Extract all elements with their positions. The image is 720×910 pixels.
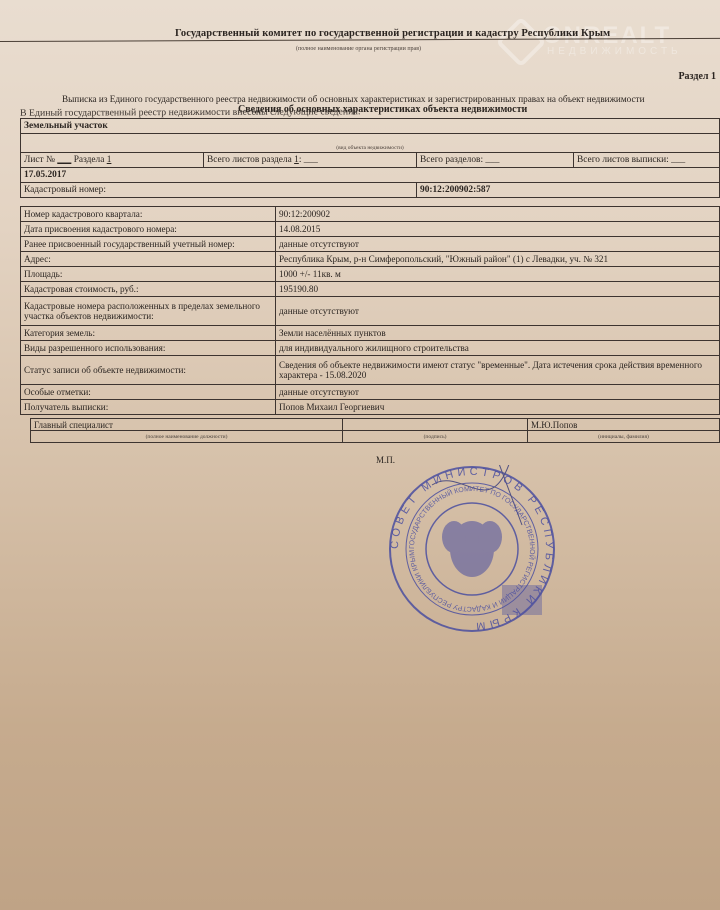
property-label: Номер кадастрового квартала: — [21, 207, 276, 222]
property-label: Получатель выписки: — [21, 400, 276, 415]
property-value: Республика Крым, р-н Симферопольский, "Ю… — [276, 252, 720, 267]
property-row: Номер кадастрового квартала:90:12:200902 — [21, 207, 720, 222]
signature-field — [343, 419, 528, 431]
signer-name: М.Ю.Попов — [528, 419, 720, 431]
property-row: Площадь:1000 +/- 11кв. м — [21, 267, 720, 282]
cadastral-number-label: Кадастровый номер: — [21, 183, 417, 198]
watermark-logo-icon — [496, 17, 547, 68]
property-value: данные отсутствуют — [276, 297, 720, 326]
property-value: 1000 +/- 11кв. м — [276, 267, 720, 282]
property-value: Попов Михаил Георгиевич — [276, 400, 720, 415]
property-row: Статус записи об объекте недвижимости:Св… — [21, 356, 720, 385]
extract-title: Выписка из Единого государственного реес… — [62, 94, 645, 104]
intro-text: В Единый государственный реестр недвижим… — [20, 106, 361, 118]
signature-table: Главный специалист М.Ю.Попов (полное наи… — [30, 418, 720, 443]
property-label: Категория земель: — [21, 326, 276, 341]
property-row: Получатель выписки:Попов Михаил Георгиев… — [21, 400, 720, 415]
property-row: Особые отметки:данные отсутствуют — [21, 385, 720, 400]
extract-date: 17.05.2017 — [21, 168, 720, 183]
property-row: Категория земель:Земли населённых пункто… — [21, 326, 720, 341]
property-value: 14.08.2015 — [276, 222, 720, 237]
signer-position: Главный специалист — [31, 419, 343, 431]
watermark-subtitle: НЕДВИЖИМОСТЬ — [547, 46, 682, 57]
object-header-table: Земельный участок (вид объекта недвижимо… — [20, 118, 720, 198]
total-sections: Всего разделов: ___ — [417, 153, 574, 168]
organization-name: Государственный комитет по государственн… — [175, 28, 610, 39]
cadastral-number: 90:12:200902:587 — [417, 183, 720, 198]
property-row: Виды разрешенного использования:для инди… — [21, 341, 720, 356]
property-value: данные отсутствуют — [276, 385, 720, 400]
property-value: Земли населённых пунктов — [276, 326, 720, 341]
property-value: для индивидуального жилищного строительс… — [276, 341, 720, 356]
property-row: Дата присвоения кадастрового номера:14.0… — [21, 222, 720, 237]
property-label: Виды разрешенного использования: — [21, 341, 276, 356]
sheet-info: Лист № ___ Раздела 1 — [21, 153, 204, 168]
property-value: 195190.80 — [276, 282, 720, 297]
total-sheets-section: Всего листов раздела 1: ___ — [204, 153, 417, 168]
property-value: Сведения об объекте недвижимости имеют с… — [276, 356, 720, 385]
section-label: Раздел 1 — [678, 71, 716, 82]
property-row: Адрес:Республика Крым, р-н Симферопольск… — [21, 252, 720, 267]
property-label: Ранее присвоенный государственный учетны… — [21, 237, 276, 252]
signature-caption: (подпись) — [343, 431, 528, 443]
total-sheets: Всего листов выписки: ___ — [574, 153, 720, 168]
property-label: Особые отметки: — [21, 385, 276, 400]
property-label: Кадастровая стоимость, руб.: — [21, 282, 276, 297]
property-row: Кадастровая стоимость, руб.:195190.80 — [21, 282, 720, 297]
property-label: Адрес: — [21, 252, 276, 267]
property-label: Статус записи об объекте недвижимости: — [21, 356, 276, 385]
property-label: Кадастровые номера расположенных в преде… — [21, 297, 276, 326]
object-type: Земельный участок — [21, 119, 720, 134]
property-label: Дата присвоения кадастрового номера: — [21, 222, 276, 237]
properties-table: Номер кадастрового квартала:90:12:200902… — [20, 206, 720, 415]
property-row: Кадастровые номера расположенных в преде… — [21, 297, 720, 326]
property-row: Ранее присвоенный государственный учетны… — [21, 237, 720, 252]
property-value: 90:12:200902 — [276, 207, 720, 222]
stamp-place-label: М.П. — [376, 455, 395, 465]
property-label: Площадь: — [21, 267, 276, 282]
official-seal-icon: СОВЕТ МИНИСТРОВ РЕСПУБЛИКИ КРЫМ ГОСУДАРС… — [372, 465, 572, 633]
name-caption: (инициалы, фамилия) — [528, 431, 720, 443]
organization-caption: (полное наименование органа регистрации … — [296, 46, 421, 52]
position-caption: (полное наименование должности) — [31, 431, 343, 443]
property-value: данные отсутствуют — [276, 237, 720, 252]
object-type-caption: (вид объекта недвижимости) — [336, 145, 404, 151]
